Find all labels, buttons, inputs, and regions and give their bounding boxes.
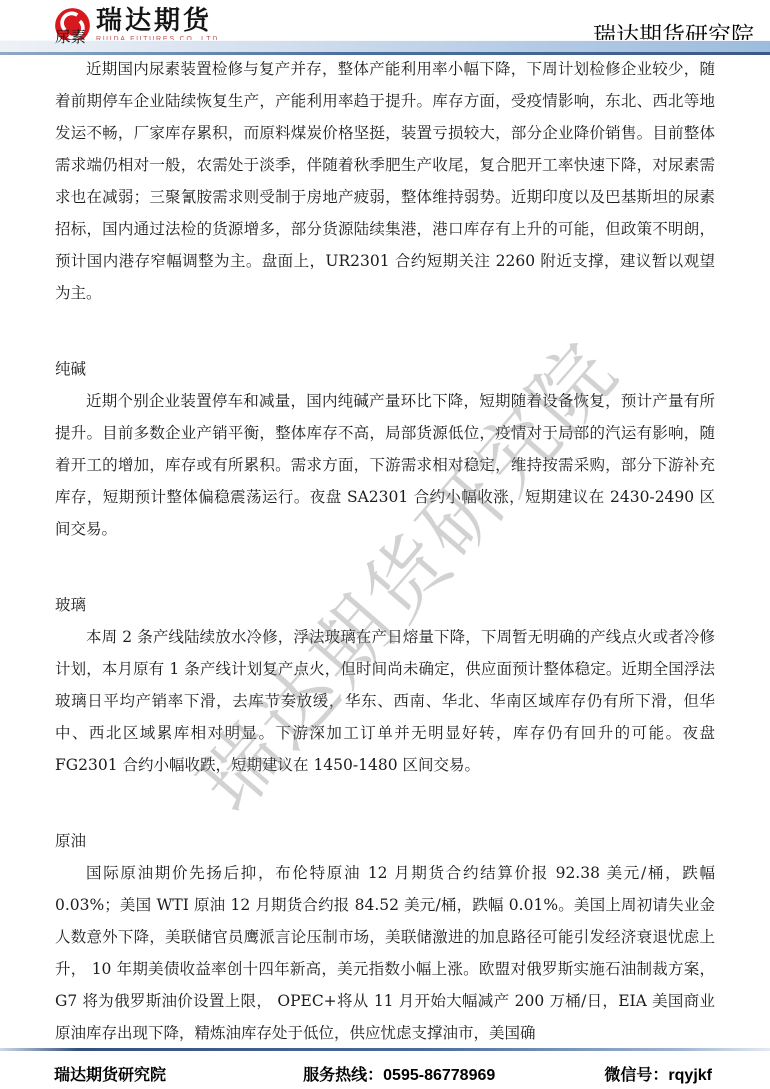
section-urea: 尿素 近期国内尿素装置检修与复产并存，整体产能利用率小幅下降，下周计划检修企业较… [55,21,715,309]
section-paragraph: 近期国内尿素装置检修与复产并存，整体产能利用率小幅下降，下周计划检修企业较少，随… [55,53,715,309]
section-soda-ash: 纯碱 近期个别企业装置停车和减量，国内纯碱产量环比下降，短期随着设备恢复，预计产… [55,353,715,545]
footer-institute: 瑞达期货研究院 [54,1062,166,1085]
section-paragraph: 国际原油期价先扬后抑，布伦特原油 12 月期货合约结算价报 92.38 美元/桶… [55,857,715,1049]
section-crude-oil: 原油 国际原油期价先扬后抑，布伦特原油 12 月期货合约结算价报 92.38 美… [55,825,715,1049]
page-footer: 瑞达期货研究院 服务热线：0595-86778969 微信号：rqyjkf [0,1048,770,1085]
section-heading: 原油 [55,825,715,857]
section-paragraph: 近期个别企业装置停车和减量，国内纯碱产量环比下降，短期随着设备恢复，预计产量有所… [55,385,715,545]
section-heading: 玻璃 [55,589,715,621]
research-report-page: 瑞达期货 RUIDA FUTURES CO.,LTD. 瑞达期货研究院 尿素 近… [0,0,770,1089]
section-heading: 尿素 [55,21,715,53]
report-body: 尿素 近期国内尿素装置检修与复产并存，整体产能利用率小幅下降，下周计划检修企业较… [0,0,770,1049]
footer-hotline: 服务热线：0595-86778969 [303,1062,495,1085]
section-heading: 纯碱 [55,353,715,385]
section-paragraph: 本周 2 条产线陆续放水冷修，浮法玻璃在产日熔量下降，下周暂无明确的产线点火或者… [55,621,715,781]
footer-wechat: 微信号：rqyjkf [604,1062,712,1085]
section-glass: 玻璃 本周 2 条产线陆续放水冷修，浮法玻璃在产日熔量下降，下周暂无明确的产线点… [55,589,715,781]
